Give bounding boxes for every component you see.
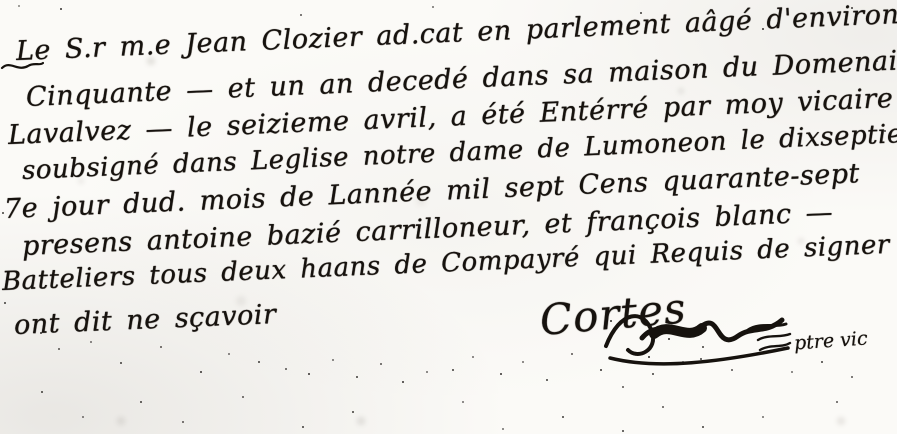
signature-title: ptre vic — [793, 327, 868, 354]
paper-stain-speckles — [0, 0, 2, 2]
scanned-parish-record: Le S.r m.e Jean Clozier ad.cat en parlem… — [0, 0, 897, 434]
manuscript-line-8: ont dit ne sçavoir — [13, 299, 277, 341]
ink-speckles — [0, 0, 2, 2]
pen-flourish-icon — [756, 330, 792, 356]
